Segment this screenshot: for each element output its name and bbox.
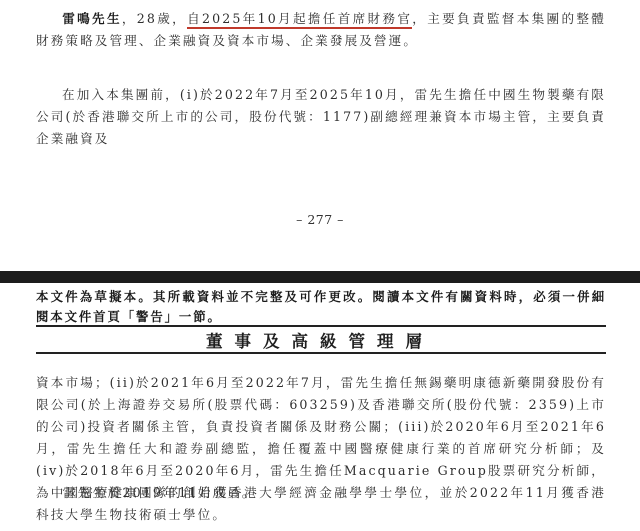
- age-text: ，28歲，: [122, 11, 187, 26]
- paragraph-cfo-intro: 雷鳴先生，28歲，自2025年10月起擔任首席財務官，主要負責監督本集團的整體財…: [36, 8, 606, 52]
- prior-roles-text: 在加入本集團前，(i)於2022年7月至2025年10月，雷先生擔任中國生物製藥…: [36, 87, 606, 146]
- page-separator-bar: [0, 271, 640, 283]
- header-rule-top: [36, 325, 606, 327]
- paragraph-education: 雷先生於2019年11月獲香港大學經濟金融學學士學位，並於2022年11月獲香港…: [36, 482, 606, 526]
- paragraph-prior-roles-1: 在加入本集團前，(i)於2022年7月至2025年10月，雷先生擔任中國生物製藥…: [36, 84, 606, 150]
- section-title: 董事及高級管理層: [0, 328, 640, 352]
- highlighted-appointment: 自2025年10月起擔任首席財務官: [187, 11, 412, 29]
- education-text: 雷先生於2019年11月獲香港大學經濟金融學學士學位，並於2022年11月獲香港…: [36, 485, 606, 522]
- draft-warning-notice: 本文件為草擬本。其所載資料並不完整及可作更改。閱讀本文件有關資料時，必須一併細閱…: [36, 287, 606, 327]
- person-name: 雷鳴先生: [62, 11, 122, 26]
- header-rule-bottom: [36, 352, 606, 354]
- page-number: – 277 –: [0, 212, 640, 227]
